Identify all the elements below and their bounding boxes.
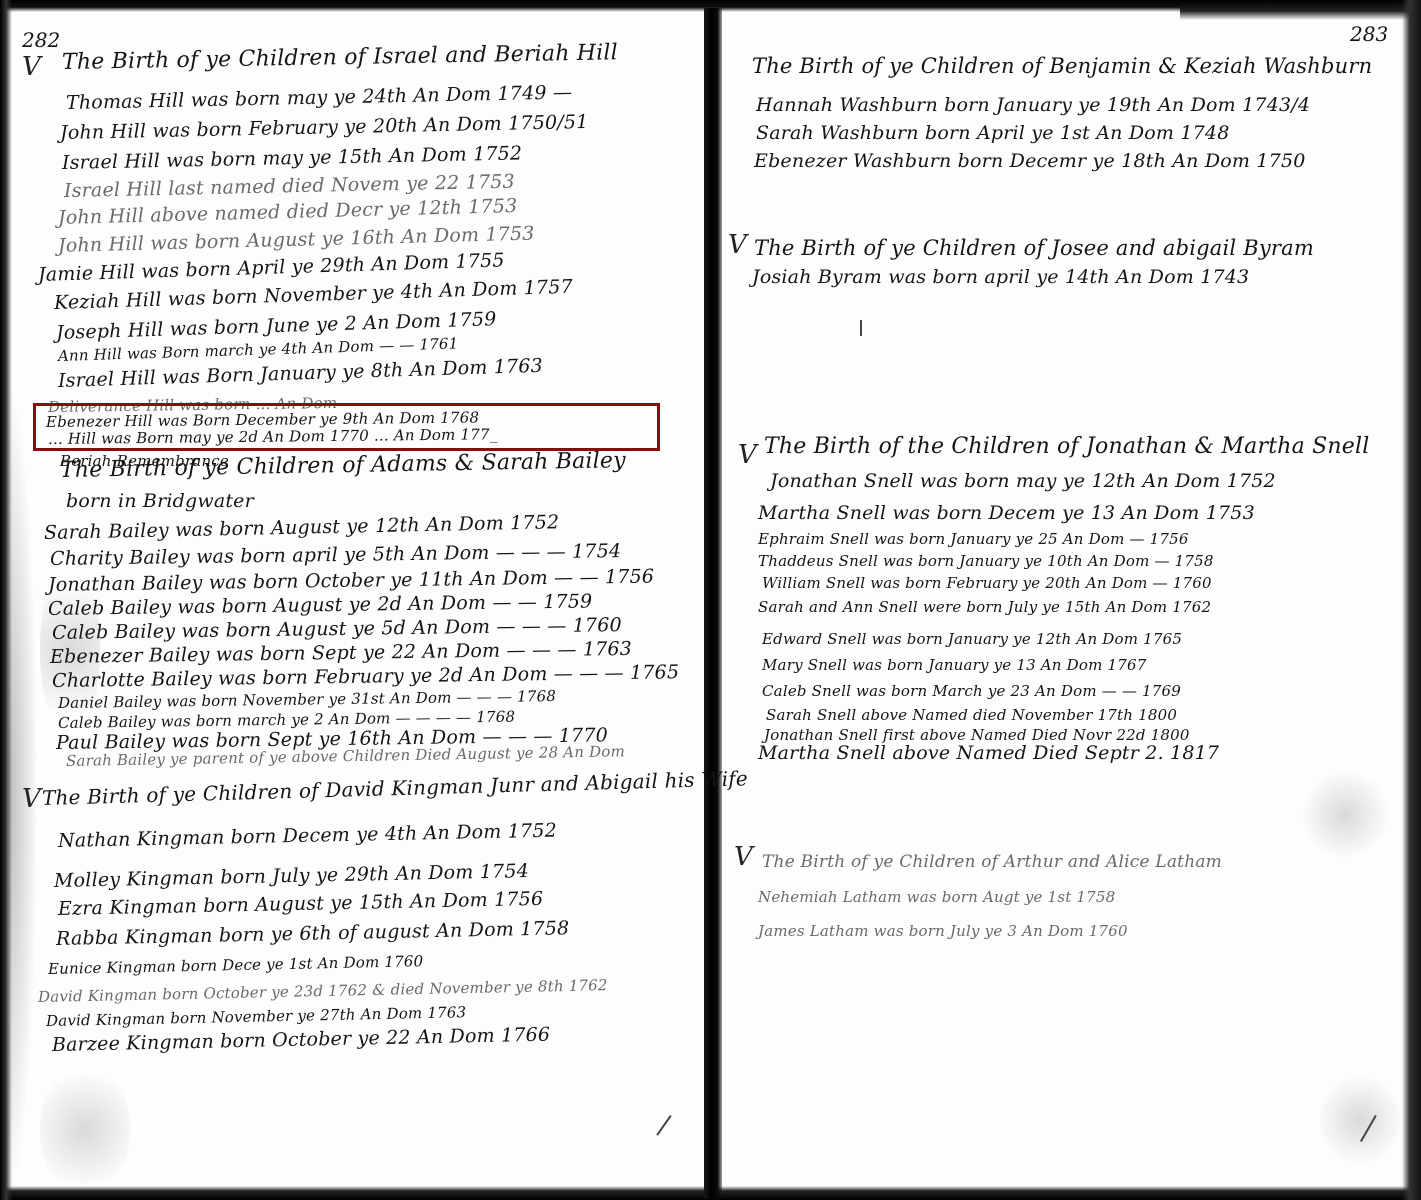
register-entry: Sarah Bailey was born August ye 12th An … — [44, 511, 560, 544]
register-entry: Ezra Kingman born August ye 15th An Dom … — [58, 888, 544, 920]
register-entry: Rabba Kingman born ye 6th of august An D… — [56, 917, 570, 950]
section-heading: The Birth of ye Children of Josee and ab… — [754, 236, 1314, 260]
register-entry: David Kingman born October ye 23d 1762 &… — [38, 976, 608, 1006]
section-heading: The Birth of ye Children of David Kingma… — [42, 766, 749, 810]
register-entry: Nehemiah Latham was born Augt ye 1st 175… — [758, 888, 1115, 906]
register-entry: Jonathan Snell was born may ye 12th An D… — [770, 470, 1276, 492]
register-entry: Barzee Kingman born October ye 22 An Dom… — [52, 1024, 551, 1056]
section-heading: The Birth of ye Children of Benjamin & K… — [752, 54, 1372, 78]
section-heading: The Birth of ye Children of Arthur and A… — [762, 852, 1222, 872]
left-page: 282 V The Birth of ye Children of Israel… — [0, 0, 704, 1200]
manuscript-scan: 282 V The Birth of ye Children of Israel… — [0, 0, 1421, 1200]
book-gutter — [704, 8, 722, 1198]
register-entry: Molley Kingman born July ye 29th An Dom … — [54, 860, 529, 892]
register-entry: John Hill was born February ye 20th An D… — [60, 111, 589, 144]
register-entry: Thaddeus Snell was born January ye 10th … — [758, 552, 1214, 570]
register-entry: Martha Snell was born Decem ye 13 An Dom… — [758, 502, 1255, 524]
register-entry: Sarah Snell above Named died November 17… — [766, 706, 1177, 724]
right-page: 283 The Birth of ye Children of Benjamin… — [722, 0, 1421, 1200]
register-entry: Sarah Washburn born April ye 1st An Dom … — [756, 122, 1230, 144]
register-entry: Ebenezer Washburn born Decemr ye 18th An… — [754, 150, 1306, 172]
register-entry: Nathan Kingman born Decem ye 4th An Dom … — [58, 820, 557, 852]
register-entry: Mary Snell was born January ye 13 An Dom… — [762, 656, 1146, 674]
page-number: 283 — [1350, 22, 1388, 46]
register-entry: Caleb Snell was born March ye 23 An Dom … — [762, 682, 1181, 700]
register-entry: James Latham was born July ye 3 An Dom 1… — [758, 922, 1128, 940]
register-entry: Eunice Kingman born Dece ye 1st An Dom 1… — [48, 952, 424, 978]
margin-check-mark: V — [728, 230, 747, 260]
register-entry: Hannah Washburn born January ye 19th An … — [756, 94, 1310, 116]
register-entry: William Snell was born February ye 20th … — [762, 574, 1212, 592]
section-subheading: born in Bridgwater — [66, 490, 254, 512]
page-number: 282 — [22, 28, 60, 52]
section-heading: The Birth of the Children of Jonathan & … — [764, 434, 1369, 459]
margin-check-mark: V — [738, 440, 757, 470]
margin-check-mark: V — [22, 784, 41, 814]
register-entry: Charity Bailey was born april ye 5th An … — [50, 540, 622, 570]
register-entry: Ephraim Snell was born January ye 25 An … — [758, 530, 1189, 548]
register-entry: Israel Hill was born may ye 15th An Dom … — [62, 142, 523, 174]
margin-check-mark: V — [22, 52, 41, 82]
register-entry: Josiah Byram was born april ye 14th An D… — [752, 266, 1249, 288]
register-entry: ... Hill was Born may ye 2d An Dom 1770 … — [48, 425, 498, 448]
register-entry: Sarah and Ann Snell were born July ye 15… — [758, 598, 1211, 616]
register-entry: Thomas Hill was born may ye 24th An Dom … — [66, 81, 573, 114]
section-heading: The Birth of ye Children of Israel and B… — [62, 40, 618, 75]
register-entry: Edward Snell was born January ye 12th An… — [762, 630, 1182, 648]
register-entry: Martha Snell above Named Died Septr 2. 1… — [758, 742, 1219, 764]
margin-check-mark: V — [734, 842, 753, 872]
